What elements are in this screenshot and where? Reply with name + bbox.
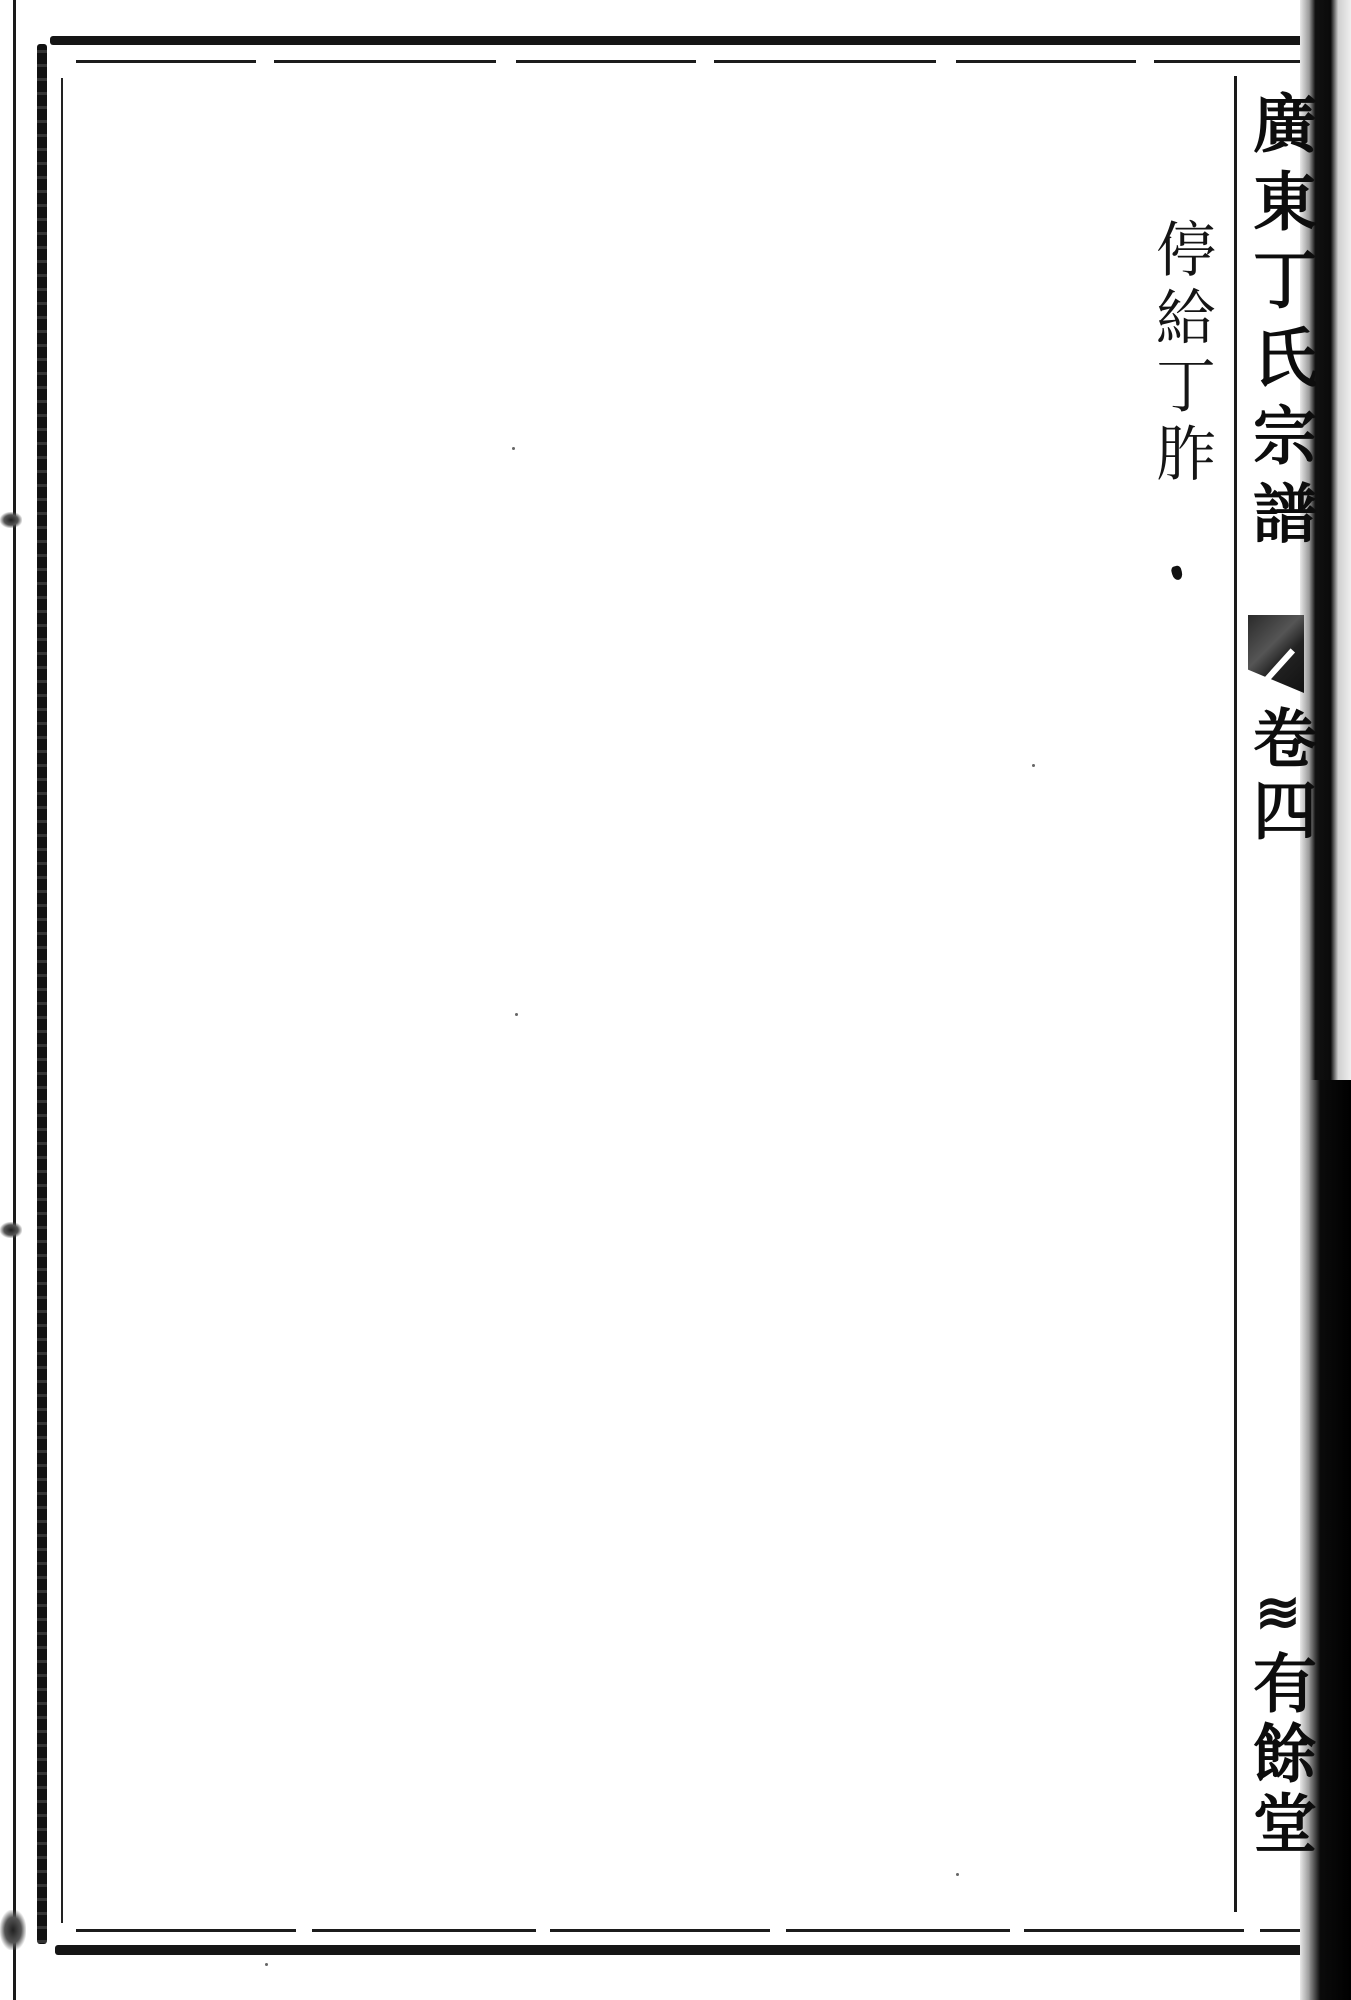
binding-knot [0, 1910, 26, 1950]
fishtail-mark-icon [1248, 615, 1304, 693]
document-page: 廣東丁氏宗譜 卷四 ≋ 有餘堂 停給丁胙 [0, 0, 1351, 2000]
binding-knot [0, 512, 22, 528]
binding-knot [0, 1222, 22, 1238]
margin-column-divider [1234, 76, 1237, 1912]
wave-ornament-icon: ≋ [1248, 1585, 1308, 1639]
book-title: 廣東丁氏宗譜 [1244, 90, 1314, 558]
inner-frame-bottom-border [76, 1929, 1310, 1932]
binding-thread [13, 0, 16, 2000]
paper-speck [1032, 764, 1035, 767]
paper-speck [956, 1873, 959, 1876]
outer-frame-top-border [50, 36, 1310, 45]
hall-name: 有餘堂 [1244, 1650, 1314, 1860]
volume-label: 卷四 [1244, 705, 1314, 849]
inner-frame-left-border [61, 78, 63, 1923]
inner-frame-top-border [76, 60, 1310, 63]
outer-frame-left-border [37, 44, 47, 1944]
main-text-column: 停給丁胙 [1146, 218, 1216, 490]
paper-speck [515, 1013, 518, 1016]
paper-speck [265, 1963, 268, 1966]
punctuation-mark [1170, 565, 1183, 581]
outer-frame-bottom-border [55, 1945, 1310, 1955]
page-fold-shadow [1310, 1080, 1351, 2000]
paper-speck [512, 447, 515, 450]
